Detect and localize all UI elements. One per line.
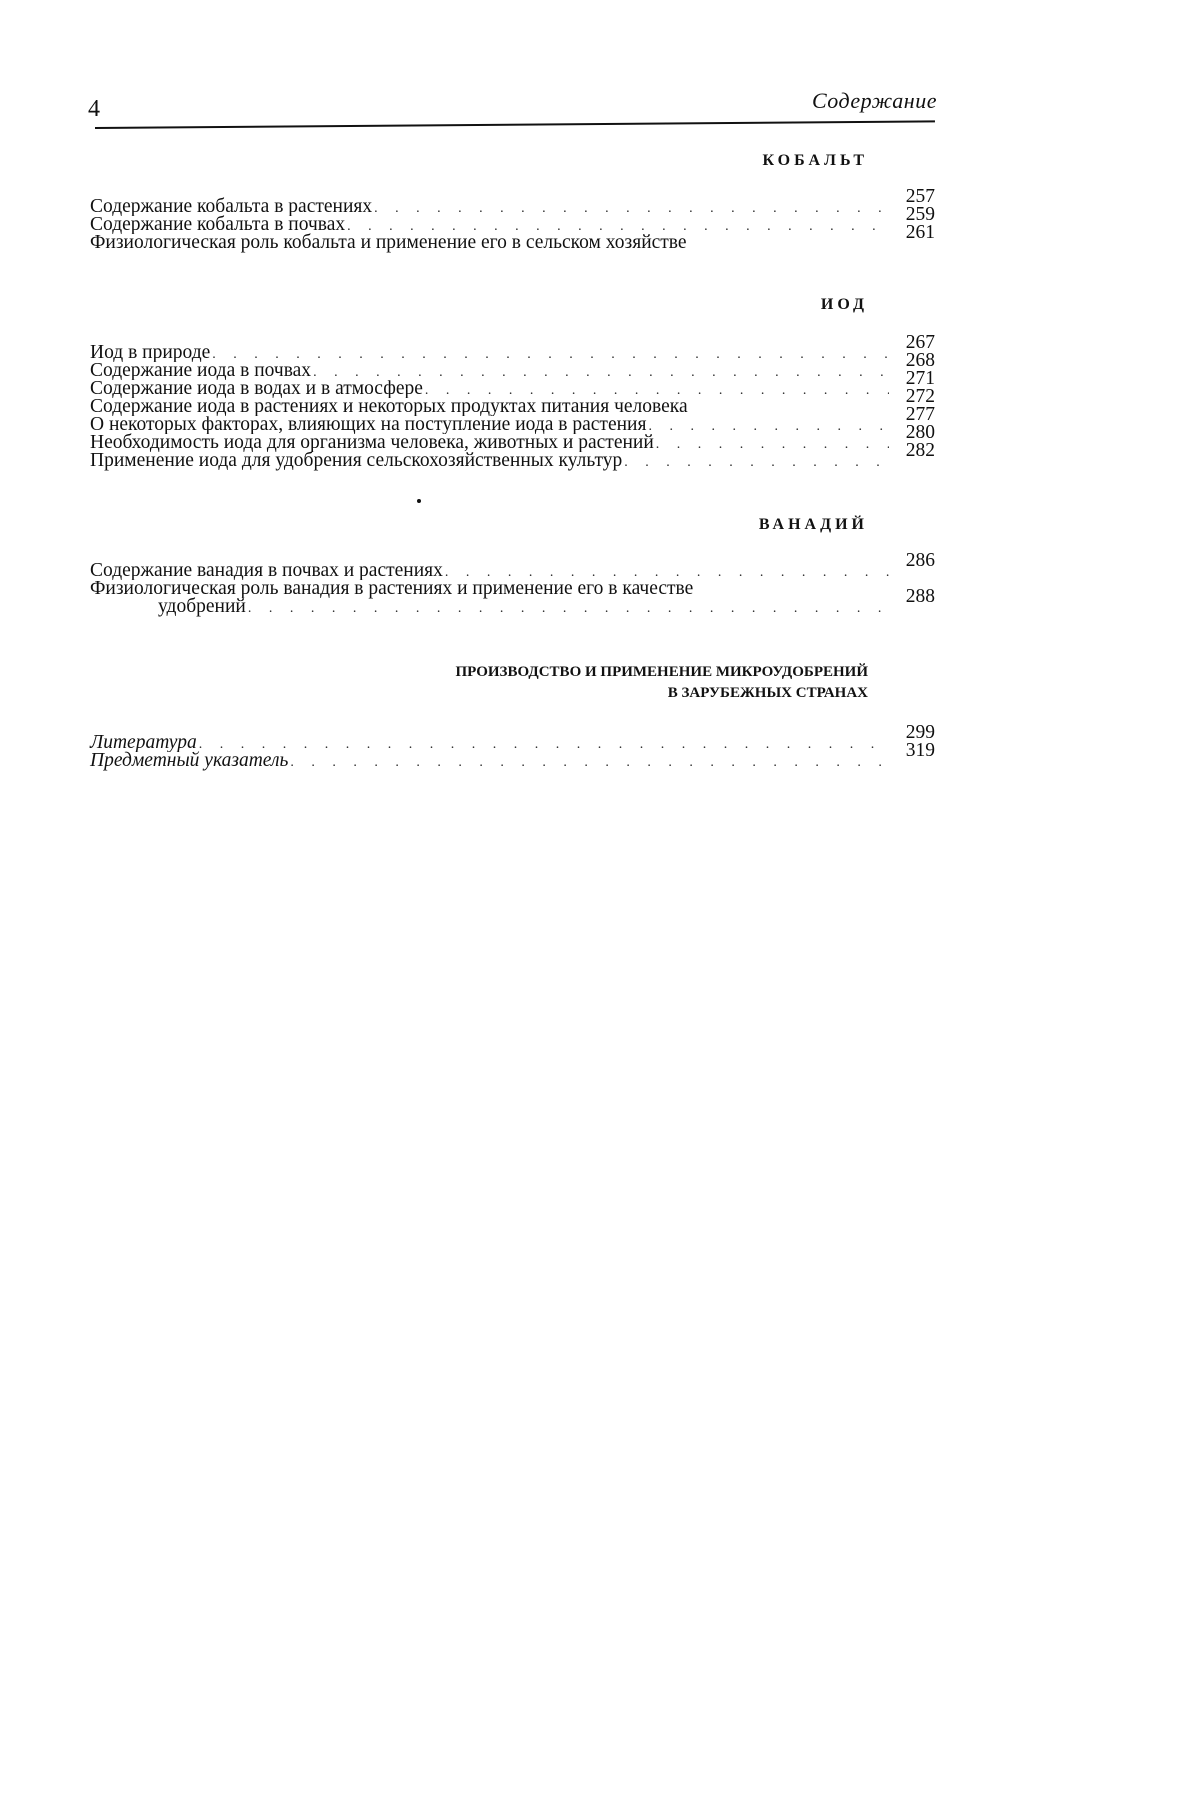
entry-page: 288 [895, 588, 935, 606]
section-title: ПРОИЗВОДСТВО И ПРИМЕНЕНИЕ МИКРОУДОБРЕНИЙ [90, 662, 935, 683]
entry-title: Физиологическая роль кобальта и применен… [90, 234, 689, 252]
back-matter: Литература . . . . . . . . . . . . . . .… [90, 734, 935, 770]
section-cobalt: КОБАЛЬТ Содержание кобальта в растениях … [90, 150, 935, 252]
header-rule [95, 120, 935, 129]
page-number: 4 [88, 96, 100, 123]
section-title: ВАНАДИЙ [90, 514, 935, 536]
entry-title: Предметный указатель [90, 752, 290, 770]
toc-entry[interactable]: Применение иода для удобрения сельскохоз… [90, 452, 935, 470]
table-of-contents: КОБАЛЬТ Содержание кобальта в растениях … [90, 150, 935, 770]
section-title-line2: В ЗАРУБЕЖНЫХ СТРАНАХ [90, 683, 935, 704]
toc-entry-subject-index[interactable]: Предметный указатель . . . . . . . . . .… [90, 752, 935, 770]
dot-leader: . . . . . . . . . . . . . . . . . . . . … [248, 600, 889, 618]
section-vanadium: ВАНАДИЙ Содержание ванадия в почвах и ра… [90, 514, 935, 616]
section-title: КОБАЛЬТ [90, 150, 935, 172]
entry-page: 261 [895, 224, 935, 242]
scan-speck [417, 499, 421, 503]
section-iodine: ИОД Иод в природе . . . . . . . . . . . … [90, 294, 935, 470]
entry-page: 286 [895, 552, 935, 570]
dot-leader: . . . . . . . . . . . . . . . . . . . . … [624, 454, 889, 472]
running-head: Содержание [812, 88, 937, 114]
entry-title: удобрений [158, 598, 248, 616]
entry-page: 319 [895, 742, 935, 760]
section-title: ИОД [90, 294, 935, 316]
dot-leader: . . . . . . . . . . . . . . . . . . . . … [290, 754, 889, 772]
toc-entry-continuation[interactable]: удобрений . . . . . . . . . . . . . . . … [90, 598, 935, 616]
entry-title: Применение иода для удобрения сельскохоз… [90, 452, 624, 470]
section-foreign-production: ПРОИЗВОДСТВО И ПРИМЕНЕНИЕ МИКРОУДОБРЕНИЙ… [90, 662, 935, 704]
entry-page: 282 [895, 442, 935, 460]
toc-entry[interactable]: Физиологическая роль кобальта и применен… [90, 234, 935, 252]
